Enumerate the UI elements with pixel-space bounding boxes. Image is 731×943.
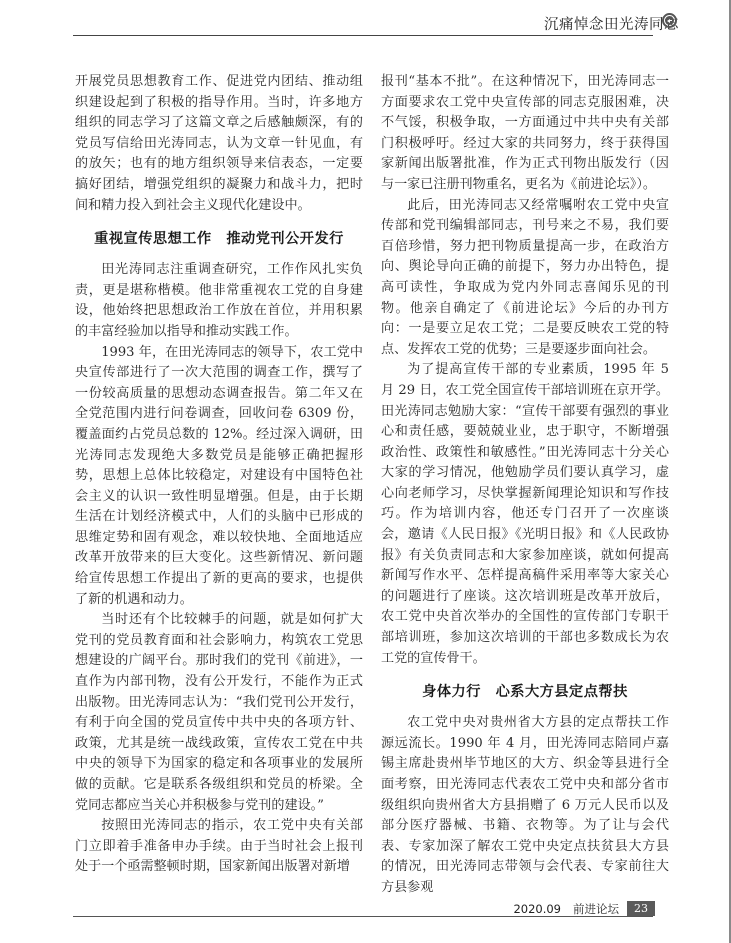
section-heading: 身体力行 心系大方县定点帮扶 <box>381 681 669 703</box>
magazine-name: 前进论坛 <box>573 901 619 917</box>
page-number: 23 <box>627 901 655 916</box>
header-rule <box>73 35 653 36</box>
section-heading: 重视宣传思想工作 推动党刊公开发行 <box>75 228 363 250</box>
right-column: 报刊“基本不批”。在这种情况下，田光涛同志一方面要求农工党中央宣传部的同志克服困… <box>381 72 669 899</box>
section-title: 沉痛悼念田光涛同志 <box>544 13 679 34</box>
paragraph: 报刊“基本不批”。在这种情况下，田光涛同志一方面要求农工党中央宣传部的同志克服困… <box>381 72 669 196</box>
paragraph: 1993 年，在田光涛同志的领导下，农工党中央宣传部进行了一次大范围的调查工作，… <box>75 343 363 611</box>
left-column: 开展党员思想教育工作、促进党内团结、推动组织建设起到了积极的指导作用。当时，许多… <box>75 72 363 878</box>
paragraph: 当时还有个比较棘手的问题，就是如何扩大党刊的党员教育面和社会影响力，构筑农工党思… <box>75 610 363 816</box>
paragraph: 按照田光涛同志的指示，农工党中央有关部门立即着手准备申办手续。由于当时社会上报刊… <box>75 816 363 878</box>
footer-rule <box>73 916 653 917</box>
paragraph: 农工党中央对贵州省大方县的定点帮扶工作源远流长。1990 年 4 月，田光涛同志… <box>381 713 669 898</box>
paragraph: 此后，田光涛同志又经常嘱咐农工党中央宣传部和党刊编辑部同志，刊号来之不易，我们要… <box>381 196 669 361</box>
paragraph: 田光涛同志注重调查研究，工作作风扎实负责，更是堪称楷模。他非常重视农工党的自身建… <box>75 260 363 342</box>
paragraph: 开展党员思想教育工作、促进党内团结、推动组织建设起到了积极的指导作用。当时，许多… <box>75 72 363 216</box>
circle-arrow-left-icon <box>662 13 677 28</box>
paragraph: 为了提高宣传干部的专业素质，1995 年 5 月 29 日，农工党全国宣传干部培… <box>381 360 669 669</box>
issue-date: 2020.09 <box>513 902 561 916</box>
footer-info: 2020.09 前进论坛 23 <box>513 901 655 916</box>
